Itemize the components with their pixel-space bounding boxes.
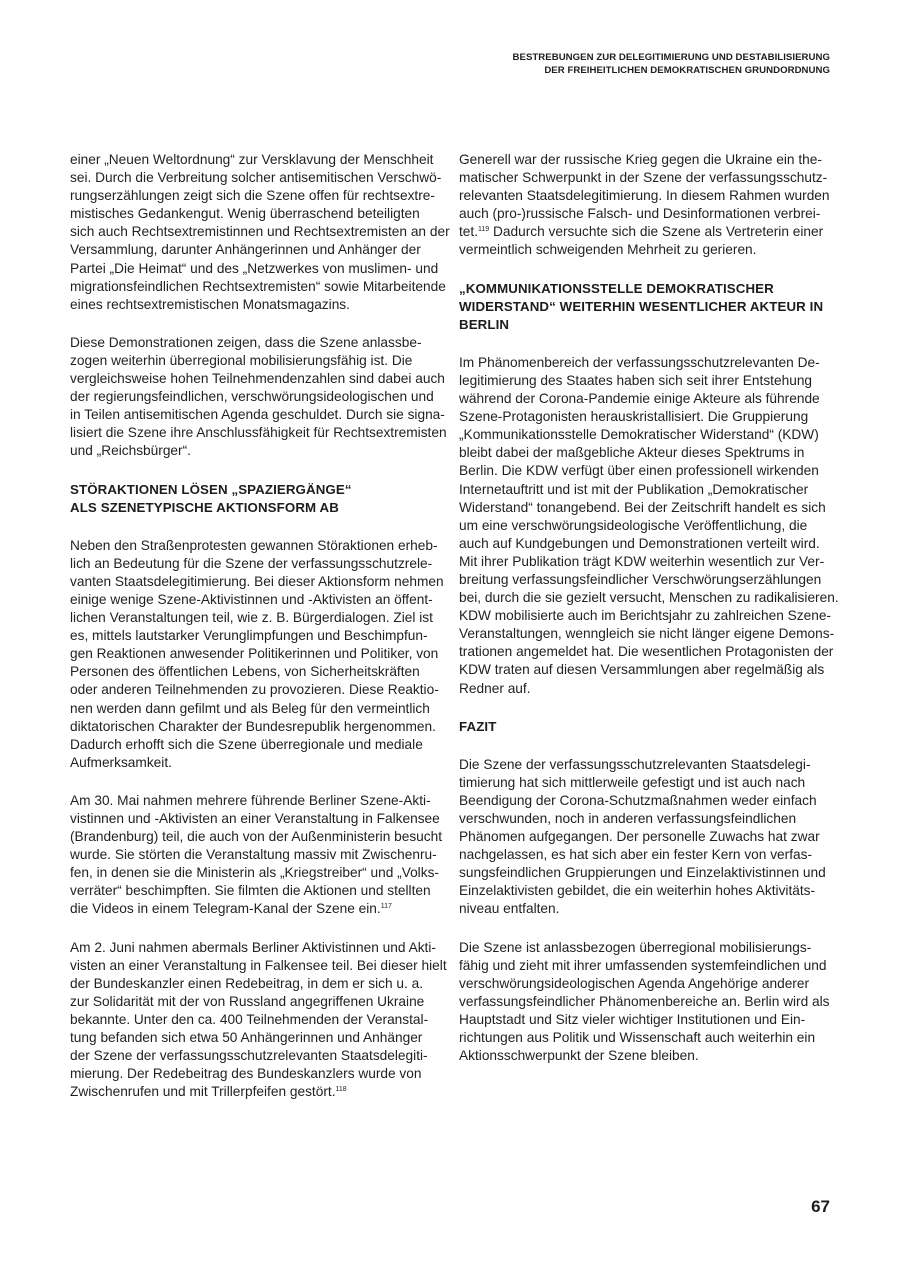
right-column: Generell war der russische Krieg gegen d… — [459, 151, 831, 1085]
paragraph-fazit-1: Die Szene der verfassungsschutzrelevante… — [459, 756, 831, 919]
footnote-ref-118[interactable]: 118 — [336, 1086, 347, 1093]
paragraph-line: KDW mobilisierte auch im Berichtsjahr zu… — [459, 607, 831, 625]
paragraph-line: Aktionsschwerpunkt der Szene bleiben. — [459, 1047, 831, 1065]
paragraph-line: Die Szene ist anlassbezogen überregional… — [459, 939, 831, 957]
paragraph-line: zur Solidarität mit der von Russland ang… — [70, 993, 442, 1011]
paragraph-line: breitung verfassungsfeindlicher Verschwö… — [459, 571, 831, 589]
section-heading-kdw: „KOMMUNIKATIONSSTELLE DEMOKRATISCHERWIDE… — [459, 280, 831, 334]
paragraph-line: auch (pro-)russische Falsch- und Desinfo… — [459, 205, 831, 223]
paragraph-line: migrationsfeindlichen Rechtsextremisten“… — [70, 278, 442, 296]
paragraph-line: Internetauftritt und ist mit der Publika… — [459, 481, 831, 499]
paragraph-line: in Teilen antisemitischen Agenda geschul… — [70, 406, 442, 424]
paragraph-line: sei. Durch die Verbreitung solcher antis… — [70, 169, 442, 187]
paragraph-line: mierung. Der Redebeitrag des Bundeskanzl… — [70, 1065, 442, 1083]
paragraph-line: Beendigung der Corona-Schutzmaßnahmen we… — [459, 792, 831, 810]
paragraph-kdw: Im Phänomenbereich der verfassungsschutz… — [459, 354, 831, 698]
paragraph-weltordnung: einer „Neuen Weltordnung“ zur Versklavun… — [70, 151, 442, 314]
paragraph-line: bei, durch die sie gezielt versucht, Men… — [459, 589, 831, 607]
paragraph-line: sungsfeindlichen Gruppierungen und Einze… — [459, 864, 831, 882]
paragraph-line: Phänomen aufgegangen. Der personelle Zuw… — [459, 828, 831, 846]
paragraph-line: Dadurch erhofft sich die Szene überregio… — [70, 736, 442, 754]
paragraph-line: einer „Neuen Weltordnung“ zur Versklavun… — [70, 151, 442, 169]
paragraph-last-line: vermeintlich schweigenden Mehrheit zu ge… — [459, 241, 831, 259]
footnote-ref-119[interactable]: 119 — [478, 226, 489, 233]
paragraph-line: verfassungsfeindlicher Phänomenbereiche … — [459, 993, 831, 1011]
paragraph-line: (Brandenburg) teil, die auch von der Auß… — [70, 828, 442, 846]
paragraph-line: gen Reaktionen anwesender Politikerinnen… — [70, 645, 442, 663]
paragraph-line: um eine verschwörungsideologische Veröff… — [459, 517, 831, 535]
paragraph-last-line: die Videos in einem Telegram-Kanal der S… — [70, 900, 442, 918]
paragraph-line: fähig und zieht mit ihrer umfassenden sy… — [459, 957, 831, 975]
line-text: tet. — [459, 224, 478, 239]
paragraph-line: Die Szene der verfassungsschutzrelevante… — [459, 756, 831, 774]
paragraph-line: der Szene der verfassungsschutzrelevante… — [70, 1047, 442, 1065]
paragraph-2-juni: Am 2. Juni nahmen abermals Berliner Akti… — [70, 939, 442, 1102]
paragraph-line: Partei „Die Heimat“ und des „Netzwerkes … — [70, 260, 442, 278]
paragraph-line: matischer Schwerpunkt in der Szene der v… — [459, 169, 831, 187]
paragraph-line: diktatorischen Charakter der Bundesrepub… — [70, 718, 442, 736]
paragraph-line: der regierungsfeindlichen, verschwörungs… — [70, 388, 442, 406]
paragraph-line: verräter“ beschimpften. Sie filmten die … — [70, 882, 442, 900]
paragraph-line: Personen des öffentlichen Lebens, von Si… — [70, 663, 442, 681]
paragraph-line: Hauptstadt und Sitz vieler wichtiger Ins… — [459, 1011, 831, 1029]
heading-line: BERLIN — [459, 316, 831, 334]
paragraph-line: Einzelaktivisten gebildet, die ein weite… — [459, 882, 831, 900]
paragraph-russischer-krieg: Generell war der russische Krieg gegen d… — [459, 151, 831, 260]
paragraph-line: nen werden dann gefilmt und als Beleg fü… — [70, 700, 442, 718]
paragraph-line: lisiert die Szene ihre Anschlussfähigkei… — [70, 424, 442, 442]
paragraph-lines: Generell war der russische Krieg gegen d… — [459, 151, 831, 223]
paragraph-line: zogen weiterhin überregional mobilisieru… — [70, 352, 442, 370]
paragraph-stoeraktionen: Neben den Straßenprotesten gewannen Stör… — [70, 537, 442, 772]
paragraph-line: vistinnen und -Aktivisten an einer Veran… — [70, 810, 442, 828]
paragraph-fazit-2: Die Szene ist anlassbezogen überregional… — [459, 939, 831, 1066]
paragraph-line: fen, in denen sie die Ministerin als „Kr… — [70, 864, 442, 882]
paragraph-line: Am 30. Mai nahmen mehrere führende Berli… — [70, 792, 442, 810]
paragraph-line: oder anderen Teilnehmenden zu provoziere… — [70, 681, 442, 699]
paragraph-line: auch auf Kundgebungen und Demonstratione… — [459, 535, 831, 553]
paragraph-line: niveau entfalten. — [459, 900, 831, 918]
paragraph-line: trationen angemeldet hat. Die wesentlich… — [459, 643, 831, 661]
paragraph-line: es, mittels lautstarker Verunglimpfungen… — [70, 627, 442, 645]
left-column: einer „Neuen Weltordnung“ zur Versklavun… — [70, 151, 442, 1121]
paragraph-line: „Kommunikationsstelle Demokratischer Wid… — [459, 426, 831, 444]
paragraph-line: Veranstaltungen, wenngleich sie nicht lä… — [459, 625, 831, 643]
paragraph-line: richtungen aus Politik und Wissenschaft … — [459, 1029, 831, 1047]
heading-line: „KOMMUNIKATIONSSTELLE DEMOKRATISCHER — [459, 280, 831, 298]
paragraph-line: nachgelassen, es hat sich aber ein feste… — [459, 846, 831, 864]
paragraph-line: Mit ihrer Publikation trägt KDW weiterhi… — [459, 553, 831, 571]
running-header-line: BESTREBUNGEN ZUR DELEGITIMIERUNG UND DES… — [513, 51, 830, 64]
paragraph-line: sich auch Rechtsextremistinnen und Recht… — [70, 223, 442, 241]
paragraph-line: lichen Veranstaltungen teil, wie z. B. B… — [70, 609, 442, 627]
paragraph-line: tet.119 Dadurch versuchte sich die Szene… — [459, 223, 831, 241]
paragraph-line: Widerstand“ tonangebend. Bei der Zeitsch… — [459, 499, 831, 517]
line-text: Zwischenrufen und mit Trillerpfeifen ges… — [70, 1084, 336, 1099]
paragraph-line: vergleichsweise hohen Teilnehmendenzahle… — [70, 370, 442, 388]
paragraph-line: Im Phänomenbereich der verfassungsschutz… — [459, 354, 831, 372]
heading-line: STÖRAKTIONEN LÖSEN „SPAZIERGÄNGE“ — [70, 481, 442, 499]
paragraph-line: Neben den Straßenprotesten gewannen Stör… — [70, 537, 442, 555]
paragraph-line: rungserzählungen zeigt sich die Szene of… — [70, 187, 442, 205]
paragraph-line: Versammlung, darunter Anhängerinnen und … — [70, 241, 442, 259]
running-header-line: DER FREIHEITLICHEN DEMOKRATISCHEN GRUNDO… — [513, 64, 830, 77]
paragraph-line: mistisches Gedankengut. Wenig überrasche… — [70, 205, 442, 223]
footnote-ref-117[interactable]: 117 — [381, 903, 392, 910]
paragraph-line: visten an einer Veranstaltung in Falkens… — [70, 957, 442, 975]
page-number: 67 — [811, 1197, 830, 1217]
paragraph-line: vanten Staatsdelegitimierung. Bei dieser… — [70, 573, 442, 591]
paragraph-line: Am 2. Juni nahmen abermals Berliner Akti… — [70, 939, 442, 957]
paragraph-line: lich an Bedeutung für die Szene der verf… — [70, 555, 442, 573]
paragraph-30-mai: Am 30. Mai nahmen mehrere führende Berli… — [70, 792, 442, 919]
paragraph-line: Diese Demonstrationen zeigen, dass die S… — [70, 334, 442, 352]
paragraph-line: Berlin. Die KDW verfügt über einen profe… — [459, 462, 831, 480]
paragraph-line: legitimierung des Staates haben sich sei… — [459, 372, 831, 390]
paragraph-line: Szene-Protagonisten herauskristallisiert… — [459, 408, 831, 426]
paragraph-line: Generell war der russische Krieg gegen d… — [459, 151, 831, 169]
paragraph-line: wurde. Sie störten die Veranstaltung mas… — [70, 846, 442, 864]
paragraph-line: verschwörungsideologischen Agenda Angehö… — [459, 975, 831, 993]
paragraph-line: Redner auf. — [459, 680, 831, 698]
paragraph-line: tung befanden sich etwa 50 Anhängerinnen… — [70, 1029, 442, 1047]
paragraph-line: verschwunden, noch in anderen verfassung… — [459, 810, 831, 828]
paragraph-line: timierung hat sich mittlerweile gefestig… — [459, 774, 831, 792]
paragraph-line: relevanten Staatsdelegitimierung. In die… — [459, 187, 831, 205]
heading-line: ALS SZENETYPISCHE AKTIONSFORM AB — [70, 499, 442, 517]
line-text: Dadurch versuchte sich die Szene als Ver… — [489, 224, 823, 239]
paragraph-line: bekannte. Unter den ca. 400 Teilnehmende… — [70, 1011, 442, 1029]
paragraph-last-line: Zwischenrufen und mit Trillerpfeifen ges… — [70, 1083, 442, 1101]
paragraph-line: Aufmerksamkeit. — [70, 754, 442, 772]
line-text: die Videos in einem Telegram-Kanal der S… — [70, 901, 381, 916]
paragraph-lines: Am 2. Juni nahmen abermals Berliner Akti… — [70, 939, 442, 1084]
paragraph-line: und „Reichsbürger“. — [70, 442, 442, 460]
paragraph-line: der Bundeskanzler einen Redebeitrag, in … — [70, 975, 442, 993]
paragraph-line: eines rechtsextremistischen Monatsmagazi… — [70, 296, 442, 314]
paragraph-line: bleibt dabei der maßgebliche Akteur dies… — [459, 444, 831, 462]
paragraph-lines: Am 30. Mai nahmen mehrere führende Berli… — [70, 792, 442, 901]
section-heading-stoeraktionen: STÖRAKTIONEN LÖSEN „SPAZIERGÄNGE“ALS SZE… — [70, 481, 442, 517]
heading-line: WIDERSTAND“ WEITERHIN WESENTLICHER AKTEU… — [459, 298, 831, 316]
running-header: BESTREBUNGEN ZUR DELEGITIMIERUNG UND DES… — [513, 51, 830, 77]
paragraph-line: einige wenige Szene-Aktivistinnen und -A… — [70, 591, 442, 609]
paragraph-line: KDW traten auf diesen Versammlungen aber… — [459, 661, 831, 679]
section-heading-fazit: FAZIT — [459, 718, 831, 736]
paragraph-demonstrationen: Diese Demonstrationen zeigen, dass die S… — [70, 334, 442, 461]
paragraph-line: während der Corona-Pandemie einige Akteu… — [459, 390, 831, 408]
heading-line: FAZIT — [459, 718, 831, 736]
